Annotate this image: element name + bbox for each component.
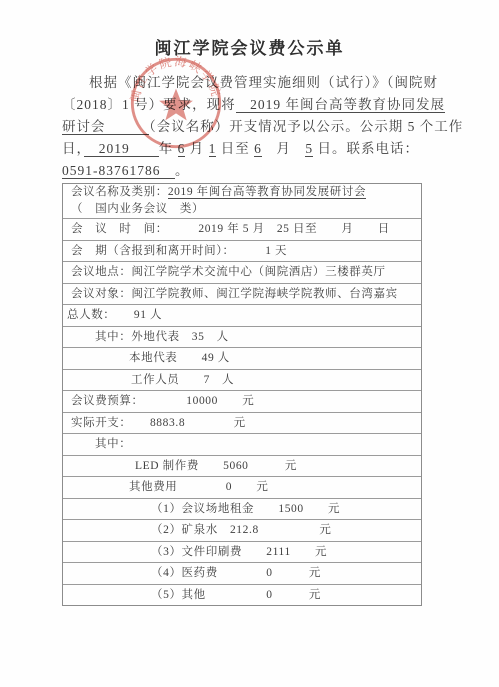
table-row: （4）医药费 0 元 (63, 562, 421, 584)
text-segment: （会议名称）开支情况予以公示。公示期 5 个工作 (149, 119, 463, 134)
text-segment: （3）文件印刷费 2111 元 (151, 546, 327, 558)
text-segment: 其中：外地代表 35 人 (95, 331, 229, 343)
text-segment: 日， (62, 141, 84, 156)
text-line: 实际开支： 8883.8 元 (63, 413, 421, 434)
filled-blank: 6 (254, 141, 262, 157)
text-segment: 年 (159, 141, 178, 156)
paragraph-line: 日， 2019 年 6 月 1 日至 6 月 5 日。联系电话： (62, 138, 440, 160)
text-line: 会议对象：闽江学院教师、闽江学院海峡学院教师、台湾嘉宾 (63, 284, 421, 305)
table-row: （2）矿泉水 212.8 元 (63, 519, 421, 541)
text-segment: 〔2018〕1 号）要求，现将 (62, 97, 236, 112)
filled-blank: 2019 年闽台高等教育协同发展研讨会 (168, 186, 366, 199)
text-segment: 会议地点：闽江学院学术交流中心（闽院酒店）三楼群英厅 (71, 266, 386, 278)
filled-blank: 0591-83761786 (62, 163, 175, 179)
text-segment: （5）其他 0 元 (151, 589, 321, 601)
table-row: 本地代表 49 人 (63, 347, 421, 369)
filled-blank: 5 (305, 141, 313, 157)
text-segment: （ 国内业务会议 类） (71, 203, 204, 215)
text-line: 本地代表 49 人 (63, 348, 421, 369)
text-segment: 会 议 时 间： 2019 年 5 月 25 日至 月 日 (71, 223, 390, 235)
text-segment: 。 (175, 163, 190, 178)
text-line: （3）文件印刷费 2111 元 (63, 542, 421, 563)
text-line: 工作人员 7 人 (63, 370, 421, 391)
text-line: （ 国内业务会议 类） (63, 201, 421, 218)
text-segment: 其他费用 0 元 (129, 481, 268, 493)
table-row: LED 制作费 5060 元 (63, 455, 421, 477)
text-line: （2）矿泉水 212.8 元 (63, 520, 421, 541)
text-segment: 工作人员 7 人 (131, 374, 234, 386)
text-line: 其他费用 0 元 (63, 477, 421, 498)
text-segment: 月 (185, 141, 208, 156)
paragraph-line: 研讨会 （会议名称）开支情况予以公示。公示期 5 个工作 (62, 116, 440, 138)
text-segment: 本地代表 49 人 (129, 352, 230, 364)
filled-blank: 2019 年闽台高等教育协同发展 (236, 97, 445, 113)
text-line: 其中：外地代表 35 人 (63, 327, 421, 348)
text-segment: 总人数： 91 人 (67, 309, 162, 321)
table-row: 其中：外地代表 35 人 (63, 326, 421, 348)
text-segment: 月 (262, 141, 306, 156)
text-segment: 实际开支： 8883.8 元 (71, 417, 246, 429)
table-row: （5）其他 0 元 (63, 584, 421, 606)
table-row: 实际开支： 8883.8 元 (63, 412, 421, 434)
paragraph-line: 〔2018〕1 号）要求，现将 2019 年闽台高等教育协同发展 (62, 94, 440, 116)
table-row: 其中： (63, 433, 421, 455)
text-segment: （1）会议场地租金 1500 元 (151, 503, 340, 515)
scanned-document-page: 闽江学院会议费公示单 根据《闽江学院会议费管理实施细则（试行）》（闽院财〔201… (0, 0, 499, 687)
text-line: （5）其他 0 元 (63, 585, 421, 606)
text-segment: 根据《闽江学院会议费管理实施细则（试行）》（闽院财 (89, 75, 438, 90)
table-row: 工作人员 7 人 (63, 369, 421, 391)
text-segment: 日。联系电话： (313, 141, 419, 156)
text-line: （1）会议场地租金 1500 元 (63, 499, 421, 520)
text-segment: LED 制作费 5060 元 (135, 460, 297, 472)
text-segment: （2）矿泉水 212.8 元 (151, 524, 331, 536)
text-segment: 会议名称及类别： (71, 186, 168, 198)
document-title: 闽江学院会议费公示单 (0, 34, 499, 59)
text-segment: 会 期（含报到和离开时间）： 1 天 (71, 245, 287, 257)
table-row: 会议名称及类别：2019 年闽台高等教育协同发展研讨会（ 国内业务会议 类） (63, 184, 421, 218)
table-row: 会议对象：闽江学院教师、闽江学院海峡学院教师、台湾嘉宾 (63, 283, 421, 305)
text-line: 总人数： 91 人 (63, 305, 421, 326)
filled-blank: 研讨会 (62, 119, 149, 135)
table-row: 会 议 时 间： 2019 年 5 月 25 日至 月 日 (63, 218, 421, 240)
text-segment: 日至 (216, 141, 254, 156)
table-row: 会 期（含报到和离开时间）： 1 天 (63, 240, 421, 262)
text-line: 会 期（含报到和离开时间）： 1 天 (63, 241, 421, 262)
table-row: 其他费用 0 元 (63, 476, 421, 498)
text-segment: 会议费预算： 10000 元 (71, 395, 254, 407)
text-segment: 会议对象：闽江学院教师、闽江学院海峡学院教师、台湾嘉宾 (71, 288, 398, 300)
text-line: LED 制作费 5060 元 (63, 456, 421, 477)
text-line: 会 议 时 间： 2019 年 5 月 25 日至 月 日 (63, 219, 421, 240)
table-row: 会议地点：闽江学院学术交流中心（闽院酒店）三楼群英厅 (63, 261, 421, 283)
text-line: 会议地点：闽江学院学术交流中心（闽院酒店）三楼群英厅 (63, 262, 421, 283)
text-segment: 其中： (95, 438, 131, 450)
text-line: 其中： (63, 434, 421, 455)
table-row: 总人数： 91 人 (63, 304, 421, 326)
paragraph-line: 根据《闽江学院会议费管理实施细则（试行）》（闽院财 (62, 72, 440, 94)
text-line: 会议名称及类别：2019 年闽台高等教育协同发展研讨会 (63, 184, 421, 201)
text-segment: （4）医药费 0 元 (151, 567, 321, 579)
table-row: 会议费预算： 10000 元 (63, 390, 421, 412)
paragraph-line: 0591-83761786 。 (62, 160, 440, 182)
filled-blank: 2019 (84, 141, 159, 157)
table-row: （1）会议场地租金 1500 元 (63, 498, 421, 520)
table-row: （3）文件印刷费 2111 元 (63, 541, 421, 563)
text-line: 会议费预算： 10000 元 (63, 391, 421, 412)
intro-paragraph: 根据《闽江学院会议费管理实施细则（试行）》（闽院财〔2018〕1 号）要求，现将… (62, 72, 440, 182)
meeting-fee-table: 会议名称及类别：2019 年闽台高等教育协同发展研讨会（ 国内业务会议 类）会 … (62, 183, 422, 606)
text-line: （4）医药费 0 元 (63, 563, 421, 584)
